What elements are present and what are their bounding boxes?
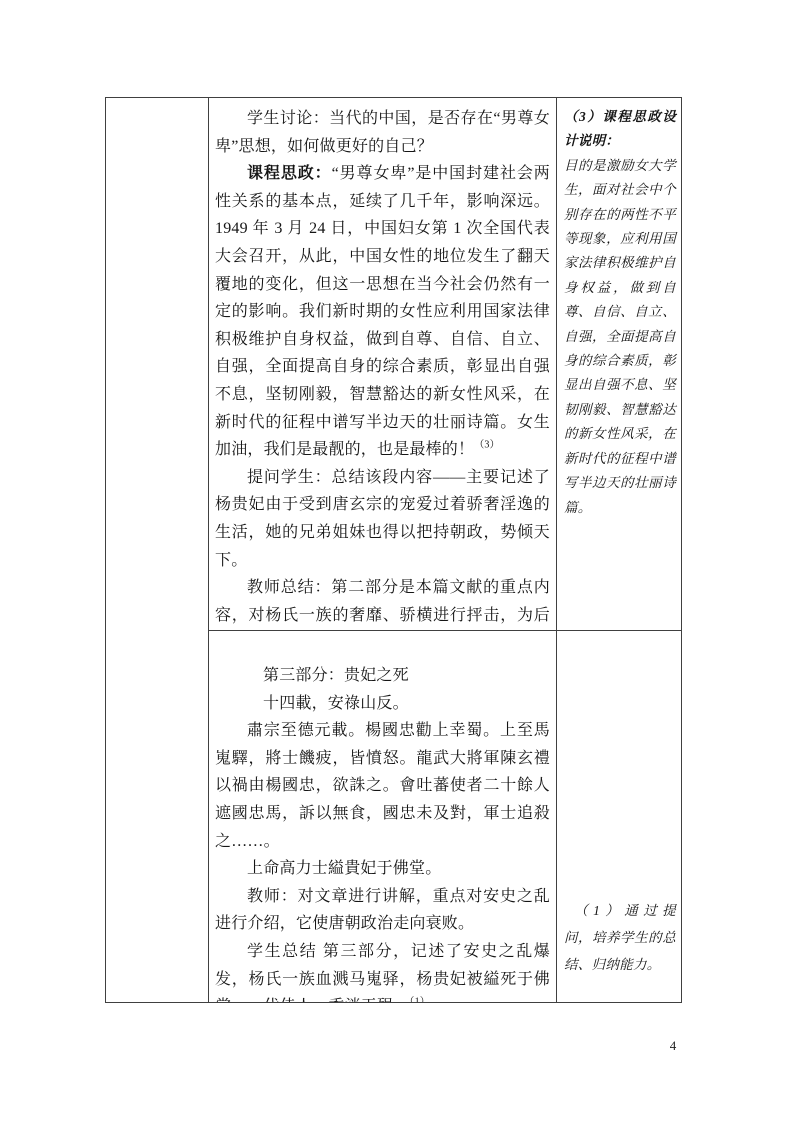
paragraph-teacher-summary: 教师总结：第二部分是本篇文献的重点内容，对杨氏一族的奢靡、骄横进行抨击，为后面的…: [215, 574, 550, 631]
note-ref-1: （1）: [409, 997, 430, 1002]
table-left-empty-cell: [106, 98, 209, 1002]
classical-quote-passage: 肅宗至德元載。楊國忠勸上幸蜀。上至馬嵬驛，將士饑疲，皆憤怒。龍武大將軍陳玄禮以禍…: [215, 717, 550, 855]
paragraph-teacher-explain: 教师：对文章进行讲解，重点对安史之乱进行介绍，它使唐朝政治走向衰败。: [215, 883, 550, 938]
paragraph-ask-students: 提问学生：总结该段内容——主要记述了杨贵妃由于受到唐玄宗的宠爱过着骄奢淫逸的生活…: [215, 464, 550, 574]
classical-quote-line2: 上命高力士縊貴妃于佛堂。: [215, 855, 550, 883]
student-summary-text: 学生总结 第三部分，记述了安史之乱爆发，杨氏一族血溅马嵬驿，杨贵妃被縊死于佛堂，…: [215, 943, 550, 1002]
paragraph-student-summary: 学生总结 第三部分，记述了安史之乱爆发，杨氏一族血溅马嵬驿，杨贵妃被縊死于佛堂，…: [215, 938, 550, 1002]
notes-cell-row1: （3）课程思政设计说明： 目的是激励女大学生，面对社会中个别存在的两性不平等现象…: [557, 98, 681, 631]
table-main-column: 学生讨论：当代的中国，是否存在“男尊女卑”思想，如何做更好的自己？ 课程思政：“…: [209, 98, 557, 1002]
section-heading-part3: 第三部分：贵妃之死: [215, 662, 550, 690]
notes-heading-ideology-design: （3）课程思政设计说明：: [564, 105, 676, 154]
paragraph-course-ideology: 课程思政：“男尊女卑”是中国封建社会两性关系的基本点，延续了几千年，影响深远。1…: [215, 160, 550, 464]
lesson-plan-table: 学生讨论：当代的中国，是否存在“男尊女卑”思想，如何做更好的自己？ 课程思政：“…: [105, 97, 682, 1003]
classical-quote-line1: 十四載，安祿山反。: [215, 690, 550, 718]
notes-body-ideology-design: 目的是激励女大学生，面对社会中个别存在的两性不平等现象，应利用国家法律积极维护自…: [564, 154, 676, 520]
course-ideology-label: 课程思政：: [247, 165, 332, 182]
paragraph-student-discussion: 学生讨论：当代的中国，是否存在“男尊女卑”思想，如何做更好的自己？: [215, 105, 550, 160]
page-number: 4: [659, 1038, 687, 1054]
course-ideology-text: “男尊女卑”是中国封建社会两性关系的基本点，延续了几千年，影响深远。1949 年…: [215, 165, 550, 458]
notes-annotation-1: （1）通过提问，培养学生的总结、归纳能力。: [564, 897, 676, 978]
main-cell-row2: 第三部分：贵妃之死 十四載，安祿山反。 肅宗至德元載。楊國忠勸上幸蜀。上至馬嵬驛…: [209, 631, 556, 1002]
table-notes-column: （3）课程思政设计说明： 目的是激励女大学生，面对社会中个别存在的两性不平等现象…: [557, 98, 681, 1002]
note-ref-3: （3）: [474, 440, 500, 451]
document-page: 学生讨论：当代的中国，是否存在“男尊女卑”思想，如何做更好的自己？ 课程思政：“…: [0, 0, 794, 1123]
notes-cell-row2: （1）通过提问，培养学生的总结、归纳能力。: [557, 631, 681, 1002]
main-cell-row1: 学生讨论：当代的中国，是否存在“男尊女卑”思想，如何做更好的自己？ 课程思政：“…: [209, 98, 556, 631]
